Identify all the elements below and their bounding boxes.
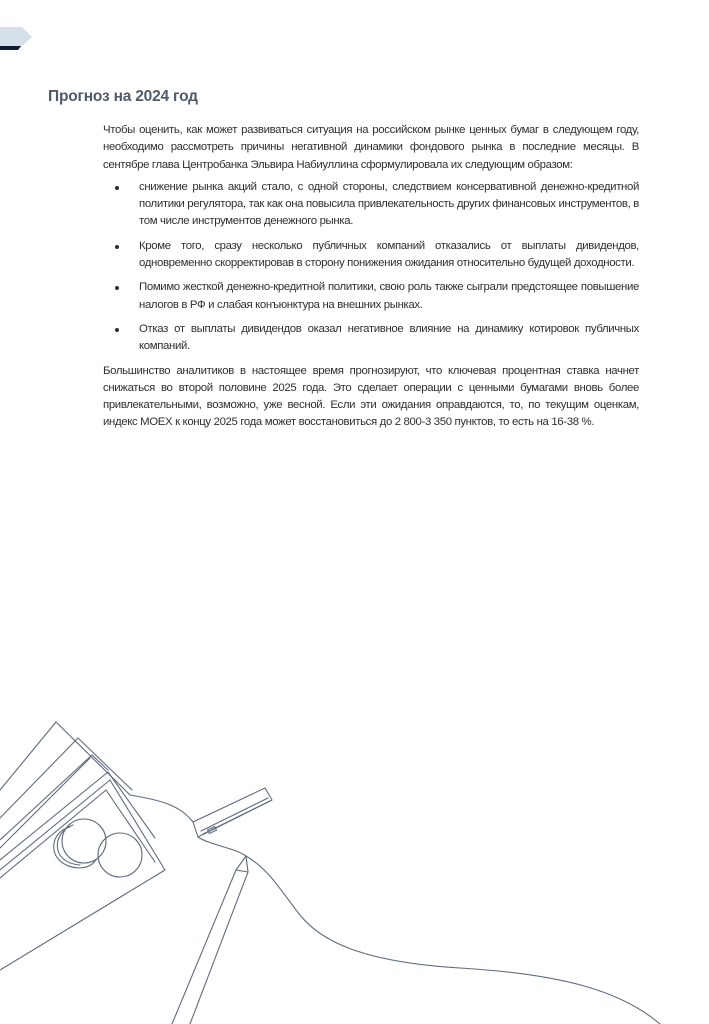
list-item: Отказ от выплаты дивидендов оказал негат… [103, 321, 639, 356]
pen-icon [172, 856, 248, 1024]
bullet-icon [115, 245, 119, 249]
section-tab-marker-icon [0, 24, 40, 60]
list-item: снижение рынка акций стало, с одной стор… [103, 179, 639, 231]
marker-icon [193, 788, 272, 837]
article-body: Чтобы оценить, как может развиваться сит… [103, 122, 639, 432]
bullet-icon [115, 328, 119, 332]
reasons-list: снижение рынка акций стало, с одной стор… [103, 179, 639, 356]
intro-paragraph: Чтобы оценить, как может развиваться сит… [103, 122, 639, 174]
coins-icon [54, 819, 142, 877]
bullet-icon [115, 186, 119, 190]
bullet-icon [115, 286, 119, 290]
list-item: Кроме того, сразу несколько публичных ко… [103, 238, 639, 273]
list-item: Помимо жесткой денежно-кредитной политик… [103, 279, 639, 314]
finance-line-illustration [0, 700, 709, 1024]
conclusion-paragraph: Большинство аналитиков в настоящее время… [103, 363, 639, 432]
page-heading: Прогноз на 2024 год [48, 88, 198, 106]
